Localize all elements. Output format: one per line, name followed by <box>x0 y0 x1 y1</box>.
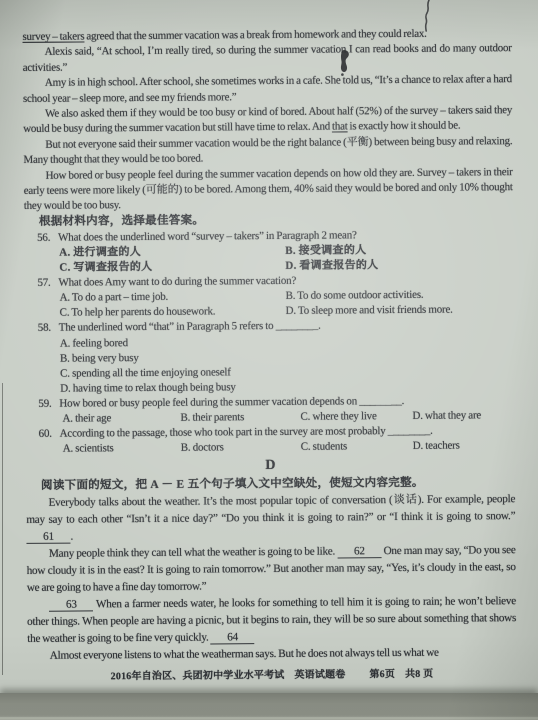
option-59-b: B. their parents <box>180 410 300 426</box>
question-58: 58.The underlined word “that” in Paragra… <box>25 318 515 397</box>
section-d-header: D <box>26 455 515 477</box>
passage-d-paragraph-4: Almost everyone listens to what the weat… <box>27 644 516 665</box>
question-60-number: 60. <box>39 427 60 442</box>
question-58-stem-text: The underlined word “that” in Paragraph … <box>59 320 321 334</box>
passage-c-paragraph-4: We also asked them if they would be too … <box>23 103 512 138</box>
footer-paper-title: 英语试题卷 <box>294 670 345 681</box>
question-56: 56.What does the underlined word “survey… <box>24 227 513 276</box>
option-56-d: D. 看调查报告的人 <box>285 257 513 274</box>
passage-d-paragraph-2-text: Many people think they can tell what the… <box>49 546 337 560</box>
blank-63: 63 <box>49 599 93 612</box>
question-59-stem-text: How bored or busy people feel during the… <box>59 395 404 410</box>
blank-61: 61 <box>26 531 70 544</box>
question-57-options: A. To do a part – time job. B. To do som… <box>24 287 513 321</box>
question-59: 59.How bored or busy people feel during … <box>25 393 514 427</box>
questions-block: 56.What does the underlined word “survey… <box>24 227 515 457</box>
option-60-b: B. doctors <box>181 440 301 456</box>
option-57-b: B. To do some outdoor activities. <box>285 287 513 304</box>
option-57-c: C. To help her parents do housework. <box>60 304 286 321</box>
scan-fold-line <box>2 383 3 675</box>
page-edge-highlight <box>0 717 538 719</box>
page-bottom-edge <box>0 693 538 720</box>
scanned-exam-page: survey – takers agreed that the summer v… <box>0 0 538 720</box>
passage-c-paragraph-6: How bored or busy people feel during the… <box>24 165 513 215</box>
option-59-d: D. what they are <box>412 408 514 424</box>
question-57: 57.What does Amy want to do during the s… <box>24 272 513 321</box>
question-57-number: 57. <box>37 276 58 291</box>
underlined-term-survey-takers: survey – takers <box>22 30 84 42</box>
question-56-options: A. 进行调查的人 B. 接受调查的人 C. 写调查报告的人 D. 看调查报告的… <box>24 242 513 276</box>
question-56-number: 56. <box>37 231 58 246</box>
option-56-a: A. 进行调查的人 <box>59 244 285 261</box>
passage-d-paragraph-3-text: When a farmer needs water, he looks for … <box>27 595 516 645</box>
question-60: 60.According to the passage, those who t… <box>26 423 515 457</box>
option-56-b: B. 接受调查的人 <box>285 242 513 259</box>
footer-page-total: 共8 页 <box>405 669 433 680</box>
option-60-c: C. students <box>301 439 413 455</box>
passage-c-paragraph-4-text-2: is exactly how it should be. <box>347 120 460 133</box>
ink-blot-stain <box>336 49 352 82</box>
underlined-term-that: that <box>332 121 348 133</box>
pen-scribble-mark <box>420 0 434 37</box>
footer-page-number: 第6页 <box>369 669 395 680</box>
passage-d-paragraph-1-text: Everybody talks about the weather. It’s … <box>26 493 515 526</box>
option-56-c: C. 写调查报告的人 <box>59 259 285 276</box>
blank-62: 62 <box>337 545 381 558</box>
question-60-options: A. scientists B. doctors C. students D. … <box>26 438 515 457</box>
option-60-a: A. scientists <box>63 441 181 457</box>
question-58-options: A. feeling bored B. being very busy C. s… <box>25 333 514 397</box>
option-59-a: A. their age <box>62 411 180 427</box>
option-60-d: D. teachers <box>413 438 515 454</box>
page-footer: 2016年自治区、兵团初中学业水平考试英语试题卷第6页共8 页 <box>27 664 516 683</box>
question-56-stem-text: What does the underlined word “survey – … <box>58 229 357 243</box>
question-57-stem-text: What does Amy want to do during the summ… <box>58 275 296 289</box>
option-57-d: D. To sleep more and visit friends more. <box>286 302 514 319</box>
passage-d-paragraph-1: Everybody talks about the weather. It’s … <box>26 491 515 546</box>
option-57-a: A. To do a part – time job. <box>59 289 285 306</box>
question-58-number: 58. <box>38 321 59 336</box>
question-60-stem-text: According to the passage, those who took… <box>60 425 433 440</box>
passage-d-paragraph-2: Many people think they can tell what the… <box>26 542 515 597</box>
passage-c-paragraph-1-text: agreed that the summer vacation was a br… <box>84 28 426 43</box>
footer-exam-title: 2016年自治区、兵团初中学业水平考试 <box>111 670 285 682</box>
passage-c-paragraph-2: Alexis said, “At school, I’m really tire… <box>23 41 512 76</box>
passage-d-paragraph-1-text-2: . <box>70 531 73 543</box>
passage-c-paragraph-3: Amy is in high school. After school, she… <box>23 72 512 107</box>
reading-passage-c: survey – takers agreed that the summer v… <box>22 26 512 215</box>
question-59-number: 59. <box>38 397 59 412</box>
option-59-c: C. where they live <box>300 409 412 425</box>
reading-passage-d: Everybody talks about the weather. It’s … <box>26 491 516 665</box>
page-content: survey – takers agreed that the summer v… <box>22 26 516 683</box>
blank-64: 64 <box>211 631 255 644</box>
passage-c-paragraph-5: But not everyone said their summer vacat… <box>23 134 512 169</box>
passage-d-paragraph-3: 63 When a farmer needs water, he looks f… <box>27 593 516 648</box>
